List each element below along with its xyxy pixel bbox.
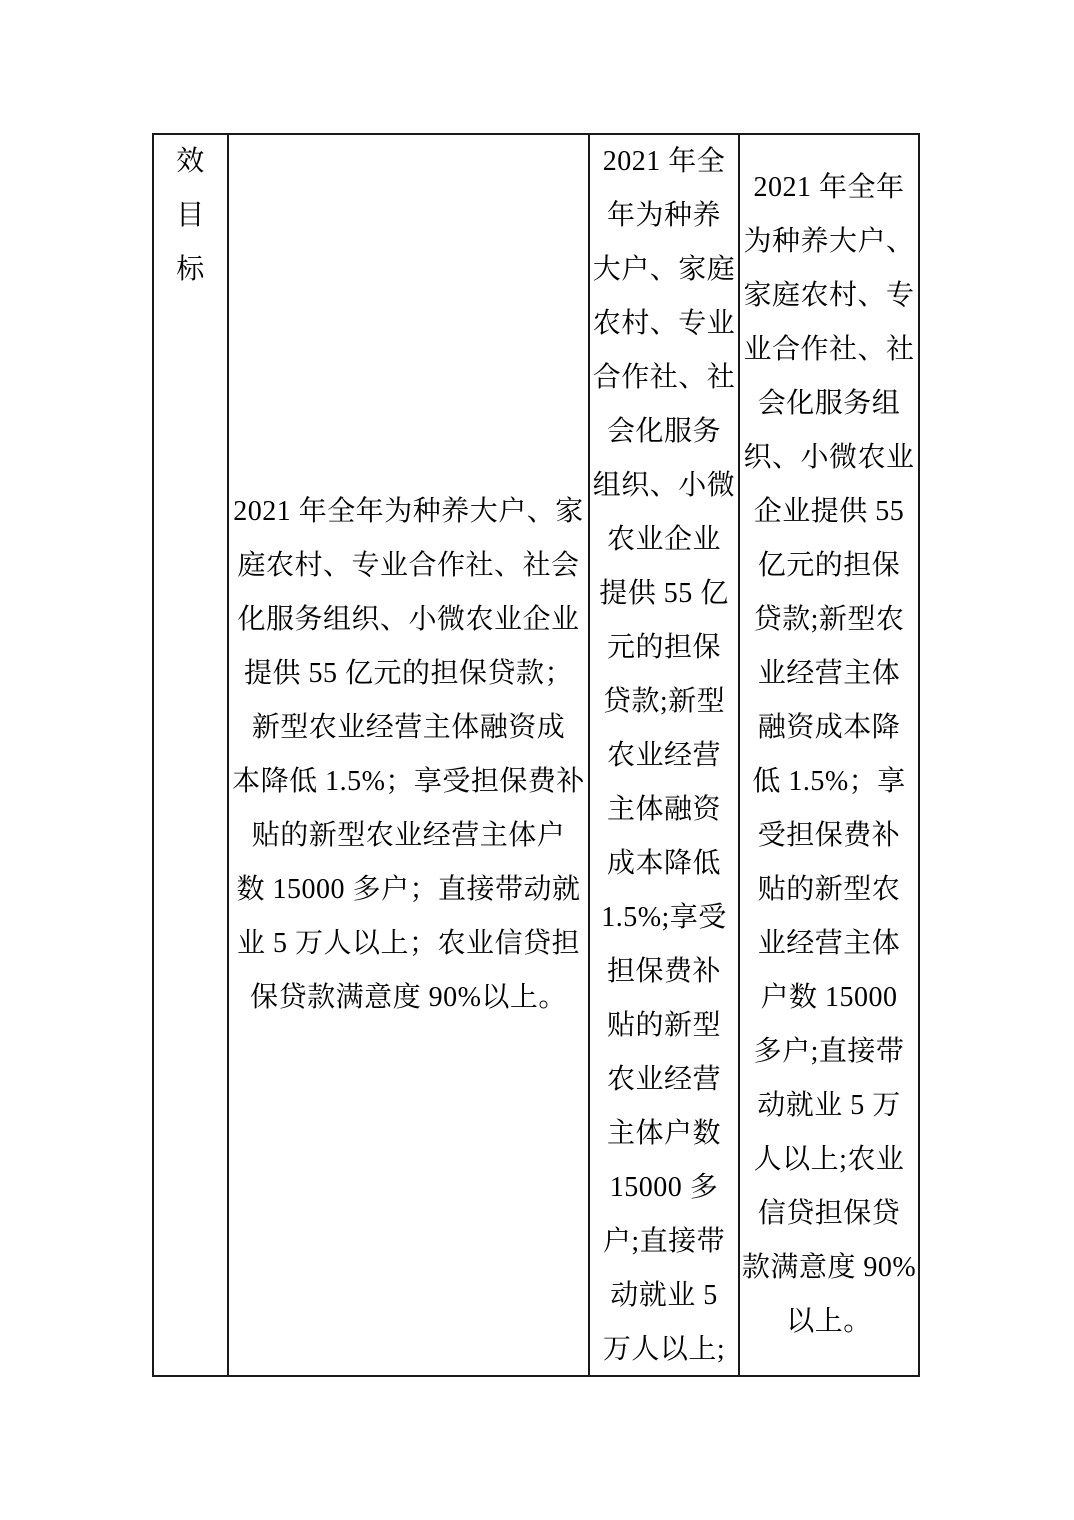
text-line: 数 15000 多户；直接带动就 <box>229 863 588 917</box>
text-line: 业经营主体 <box>740 917 918 971</box>
text-line: 户;直接带 <box>590 1215 738 1269</box>
text-line: 15000 多 <box>590 1161 738 1215</box>
text-line: 低 1.5%；享 <box>740 755 918 809</box>
text-line: 2021 年全年 <box>740 161 918 215</box>
text-line: 以上。 <box>740 1295 918 1349</box>
text-line: 效 <box>154 135 227 189</box>
text-line: 提供 55 亿 <box>590 567 738 621</box>
text-line: 业经营主体 <box>740 647 918 701</box>
table-cell-sub-goal-2: 2021 年全年为种养大户、家庭农村、专业合作社、社会化服务组织、小微农业企业提… <box>740 135 918 1375</box>
text-line: 2021 年全 <box>590 135 738 189</box>
text-line: 贴的新型农 <box>740 863 918 917</box>
text-line: 贴的新型 <box>590 999 738 1053</box>
table-cell-row-header: 效目标 <box>154 135 229 1375</box>
text-line: 农业经营 <box>590 729 738 783</box>
text-line: 织、小微农业 <box>740 431 918 485</box>
text-line: 元的担保 <box>590 621 738 675</box>
text-line: 1.5%;享受 <box>590 891 738 945</box>
text-line: 为种养大户、 <box>740 215 918 269</box>
text-line: 业 5 万人以上；农业信贷担 <box>229 917 588 971</box>
text-line: 受担保费补 <box>740 809 918 863</box>
text-line: 本降低 1.5%；享受担保费补 <box>229 755 588 809</box>
text-line: 标 <box>154 243 227 297</box>
table-cell-sub-goal-1: 2021 年全年为种养大户、家庭农村、专业合作社、社会化服务组织、小微农业企业提… <box>590 135 740 1375</box>
performance-goal-table: 效目标 2021 年全年为种养大户、家庭农村、专业合作社、社会化服务组织、小微农… <box>152 133 920 1377</box>
text-line: 家庭农村、专 <box>740 269 918 323</box>
text-line: 会化服务 <box>590 405 738 459</box>
text-line: 年为种养 <box>590 189 738 243</box>
text-line: 主体户数 <box>590 1107 738 1161</box>
table-cell-annual-goal: 2021 年全年为种养大户、家庭农村、专业合作社、社会化服务组织、小微农业企业提… <box>229 135 590 1375</box>
text-line: 农业经营 <box>590 1053 738 1107</box>
text-line: 主体融资 <box>590 783 738 837</box>
text-line: 会化服务组 <box>740 377 918 431</box>
text-line: 庭农村、专业合作社、社会 <box>229 539 588 593</box>
text-line: 信贷担保贷 <box>740 1187 918 1241</box>
text-line: 2021 年全年为种养大户、家 <box>229 485 588 539</box>
document-page: 效目标 2021 年全年为种养大户、家庭农村、专业合作社、社会化服务组织、小微农… <box>0 0 1074 1520</box>
text-line: 化服务组织、小微农业企业 <box>229 593 588 647</box>
text-line: 合作社、社 <box>590 351 738 405</box>
text-line: 大户、家庭 <box>590 243 738 297</box>
text-line: 亿元的担保 <box>740 539 918 593</box>
text-line: 企业提供 55 <box>740 485 918 539</box>
text-line: 农业企业 <box>590 513 738 567</box>
text-line: 融资成本降 <box>740 701 918 755</box>
text-line: 目 <box>154 189 227 243</box>
text-line: 提供 55 亿元的担保贷款； <box>229 647 588 701</box>
text-line: 贷款;新型农 <box>740 593 918 647</box>
text-line: 款满意度 90% <box>740 1241 918 1295</box>
text-line: 户数 15000 <box>740 971 918 1025</box>
text-line: 组织、小微 <box>590 459 738 513</box>
text-line: 新型农业经营主体融资成 <box>229 701 588 755</box>
text-line: 担保费补 <box>590 945 738 999</box>
text-line: 业合作社、社 <box>740 323 918 377</box>
text-line: 成本降低 <box>590 837 738 891</box>
text-line: 保贷款满意度 90%以上。 <box>229 971 588 1025</box>
text-line: 贴的新型农业经营主体户 <box>229 809 588 863</box>
text-line: 万人以上; <box>590 1323 738 1375</box>
text-line: 动就业 5 万 <box>740 1079 918 1133</box>
text-line: 农村、专业 <box>590 297 738 351</box>
text-line: 人以上;农业 <box>740 1133 918 1187</box>
text-line: 贷款;新型 <box>590 675 738 729</box>
text-line: 多户;直接带 <box>740 1025 918 1079</box>
text-line: 动就业 5 <box>590 1269 738 1323</box>
